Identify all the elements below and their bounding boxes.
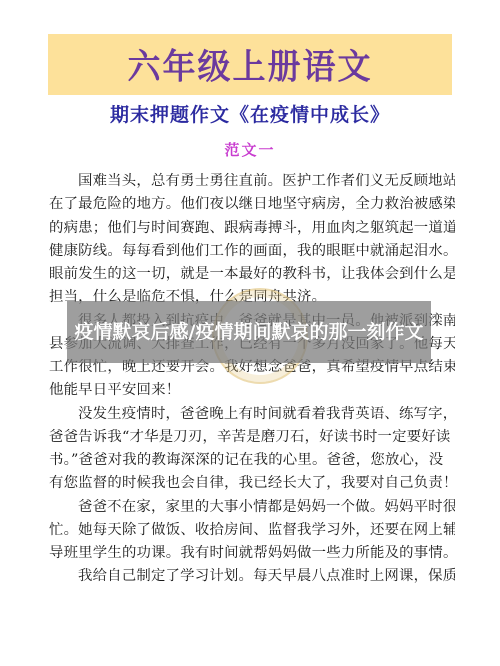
body-line: 忙。她每天除了做饭、收拾房间、监督我学习外，还要在网上辅 xyxy=(49,519,455,542)
body-line: 有您监督的时候我也会自律，我已经长大了，我要对自己负责！ xyxy=(49,472,455,495)
body-line: 他能早日平安回来！ xyxy=(49,379,455,402)
body-line: 没发生疫情时，爸爸晚上有时间就看着我背英语、练写字， xyxy=(49,403,455,426)
body-line: 爸爸不在家，家里的大事小情都是妈妈一个做。妈妈平时很 xyxy=(49,496,455,519)
body-line: 国难当头，总有勇士勇往直前。医护工作者们义无反顾地站 xyxy=(49,170,455,193)
body-line: 书。”爸爸对我的教诲深深的记在我的心里。爸爸，您放心，没 xyxy=(49,449,455,472)
body-line: 导班里学生的功课。我有时间就帮妈妈做一些力所能及的事情。 xyxy=(49,542,455,565)
section-label: 范文一 xyxy=(0,139,500,160)
title-overlay: 疫情默哀后感/疫情期间默哀的那一刻作文 xyxy=(67,301,431,363)
body-line: 健康防线。每每看到他们工作的画面，我的眼眶中就涌起泪水。 xyxy=(49,240,455,263)
body-line: 的病患；他们与时间赛跑、跟病毒搏斗，用血肉之躯筑起一道道 xyxy=(49,217,455,240)
essay-body: 国难当头，总有勇士勇往直前。医护工作者们义无反顾地站 在了最危险的地方。他们夜以… xyxy=(49,170,455,589)
body-line: 在了最危险的地方。他们夜以继日地坚守病房，全力救治被感染 xyxy=(49,193,455,216)
document-page: 六年级上册语文 期末押题作文《在疫情中成长》 范文一 国难当头，总有勇士勇往直前… xyxy=(0,0,500,666)
essay-subtitle: 期末押题作文《在疫情中成长》 xyxy=(0,100,500,127)
body-line: 爸爸告诉我“才华是刀刃，辛苦是磨刀石，好读书时一定要好读 xyxy=(49,426,455,449)
overlay-title: 疫情默哀后感/疫情期间默哀的那一刻作文 xyxy=(74,321,424,344)
banner-title: 六年级上册语文 xyxy=(128,40,373,89)
body-line: 眼前发生的这一切，就是一本最好的教科书，让我体会到什么是 xyxy=(49,263,455,286)
body-line: 我给自己制定了学习计划。每天早晨八点准时上网课，保质 xyxy=(49,565,455,588)
grade-banner: 六年级上册语文 xyxy=(48,34,452,95)
